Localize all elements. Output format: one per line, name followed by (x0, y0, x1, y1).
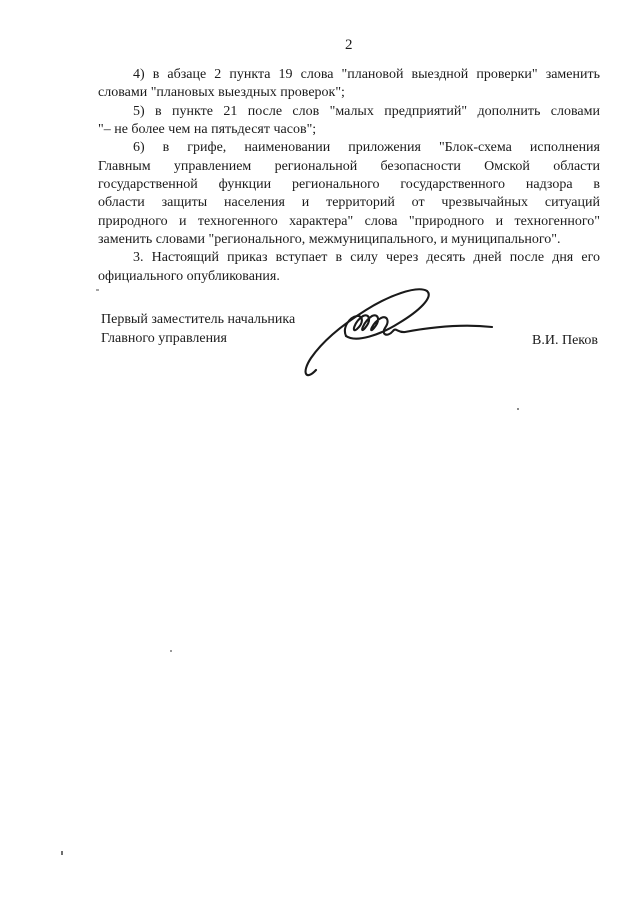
body-line: природного и техногенного характера" сло… (98, 213, 600, 231)
signer-position: Первый заместитель начальника Главного у… (101, 311, 295, 348)
body-line: "– не более чем на пятьдесят часов"; (98, 121, 600, 139)
body-line: заменить словами "регионального, межмуни… (98, 231, 600, 249)
body-line: 6) в грифе, наименовании приложения "Бло… (98, 139, 600, 157)
body-line: 3. Настоящий приказ вступает в силу чере… (98, 249, 600, 267)
body-line: 5) в пункте 21 после слов "малых предпри… (98, 103, 600, 121)
scan-speck (61, 851, 63, 855)
document-body: 4) в абзаце 2 пункта 19 слова "плановой … (98, 66, 600, 286)
signer-name: В.И. Пеков (532, 333, 598, 349)
signer-position-line-2: Главного управления (101, 330, 295, 349)
scan-speck (96, 289, 99, 291)
handwritten-signature-icon (288, 280, 503, 392)
body-line: Главным управлением региональной безопас… (98, 158, 600, 176)
body-line: области защиты населения и территорий от… (98, 194, 600, 212)
scan-speck (170, 650, 172, 652)
signer-position-line-1: Первый заместитель начальника (101, 311, 295, 330)
body-line: государственной функции регионального го… (98, 176, 600, 194)
scan-speck (517, 408, 519, 410)
scanned-document-page: 2 4) в абзаце 2 пункта 19 слова "планово… (0, 0, 640, 905)
body-line: 4) в абзаце 2 пункта 19 слова "плановой … (98, 66, 600, 84)
body-line: словами "плановых выездных проверок"; (98, 84, 600, 102)
page-number: 2 (98, 37, 600, 54)
